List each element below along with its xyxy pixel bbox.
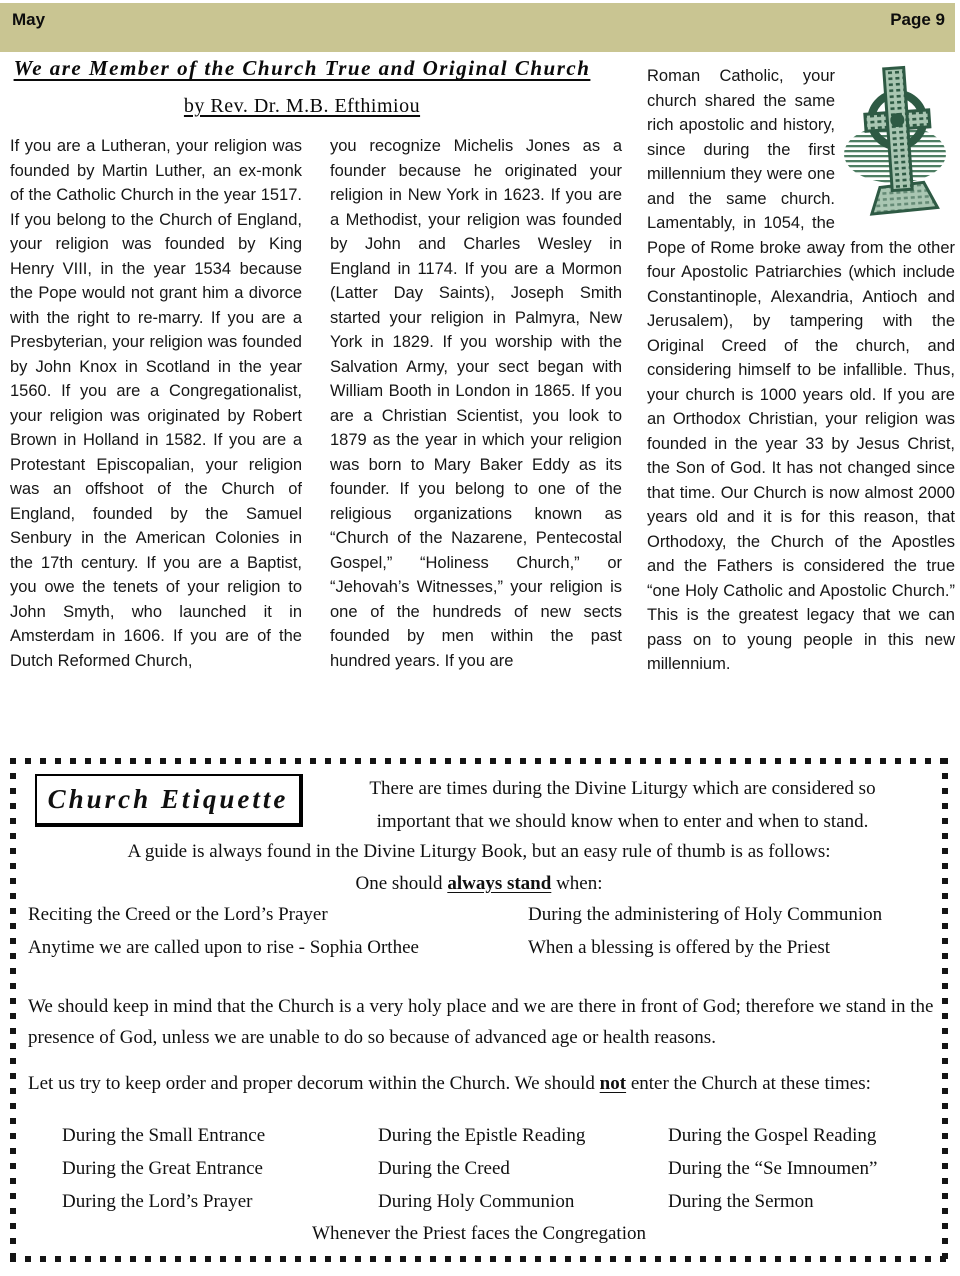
page-number: Page 9 (890, 10, 945, 30)
article-column-1: If you are a Lutheran, your religion was… (10, 134, 302, 673)
church-etiquette-section: Church Etiquette There are times during … (10, 758, 948, 1262)
dotted-border-right (942, 758, 948, 1262)
article-column-2: you recognize Michelis Jones as a founde… (330, 134, 622, 673)
stand-line-emphasis: always stand (447, 873, 551, 894)
stand-item: Reciting the Creed or the Lord’s Prayer (28, 904, 328, 926)
priest-faces-congregation-line: Whenever the Priest faces the Congregati… (10, 1223, 948, 1245)
dotted-border-left (10, 758, 16, 1262)
article-title: We are Member of the Church True and Ori… (12, 56, 592, 81)
dotted-border-bottom (10, 1256, 948, 1262)
stand-item: During the administering of Holy Communi… (528, 904, 882, 926)
stand-line-prefix: One should (355, 873, 447, 894)
newsletter-page: May Page 9 We are Member of the Church T… (0, 0, 960, 1276)
article-title-block: We are Member of the Church True and Ori… (12, 56, 592, 118)
not-enter-item: During the Creed (378, 1158, 510, 1180)
decorum-prefix: Let us try to keep order and proper deco… (28, 1073, 600, 1094)
not-enter-item: During the Small Entrance (62, 1125, 265, 1147)
page-header-bar: May Page 9 (0, 3, 955, 52)
not-enter-item: During the Epistle Reading (378, 1125, 585, 1147)
etiquette-stand-line: One should always stand when: (10, 873, 948, 895)
stand-item: When a blessing is offered by the Priest (528, 937, 830, 959)
not-enter-item: During the Great Entrance (62, 1158, 263, 1180)
etiquette-guide-line: A guide is always found in the Divine Li… (10, 841, 948, 863)
church-etiquette-title: Church Etiquette (48, 784, 289, 815)
month-label: May (12, 10, 45, 30)
stand-line-suffix: when: (551, 873, 602, 894)
etiquette-intro-line1: There are times during the Divine Liturg… (315, 772, 930, 805)
etiquette-intro: There are times during the Divine Liturg… (315, 772, 930, 838)
celtic-cross-icon (843, 64, 955, 216)
article-column-3: Roman Catholic, your church shared the s… (647, 64, 955, 677)
article-byline: by Rev. Dr. M.B. Efthimiou (12, 95, 592, 118)
decorum-suffix: enter the Church at these times: (626, 1073, 871, 1094)
etiquette-intro-line2: important that we should know when to en… (315, 805, 930, 838)
not-enter-item: During Holy Communion (378, 1191, 574, 1213)
church-etiquette-title-box: Church Etiquette (35, 774, 303, 827)
dotted-border-top (10, 758, 948, 764)
holy-place-paragraph: We should keep in mind that the Church i… (28, 991, 934, 1053)
decorum-paragraph: Let us try to keep order and proper deco… (28, 1068, 934, 1099)
decorum-emphasis: not (600, 1073, 626, 1094)
not-enter-item: During the “Se Imnoumen” (668, 1158, 877, 1180)
not-enter-item: During the Sermon (668, 1191, 814, 1213)
not-enter-item: During the Lord’s Prayer (62, 1191, 252, 1213)
not-enter-item: During the Gospel Reading (668, 1125, 876, 1147)
stand-item: Anytime we are called upon to rise - Sop… (28, 937, 419, 959)
